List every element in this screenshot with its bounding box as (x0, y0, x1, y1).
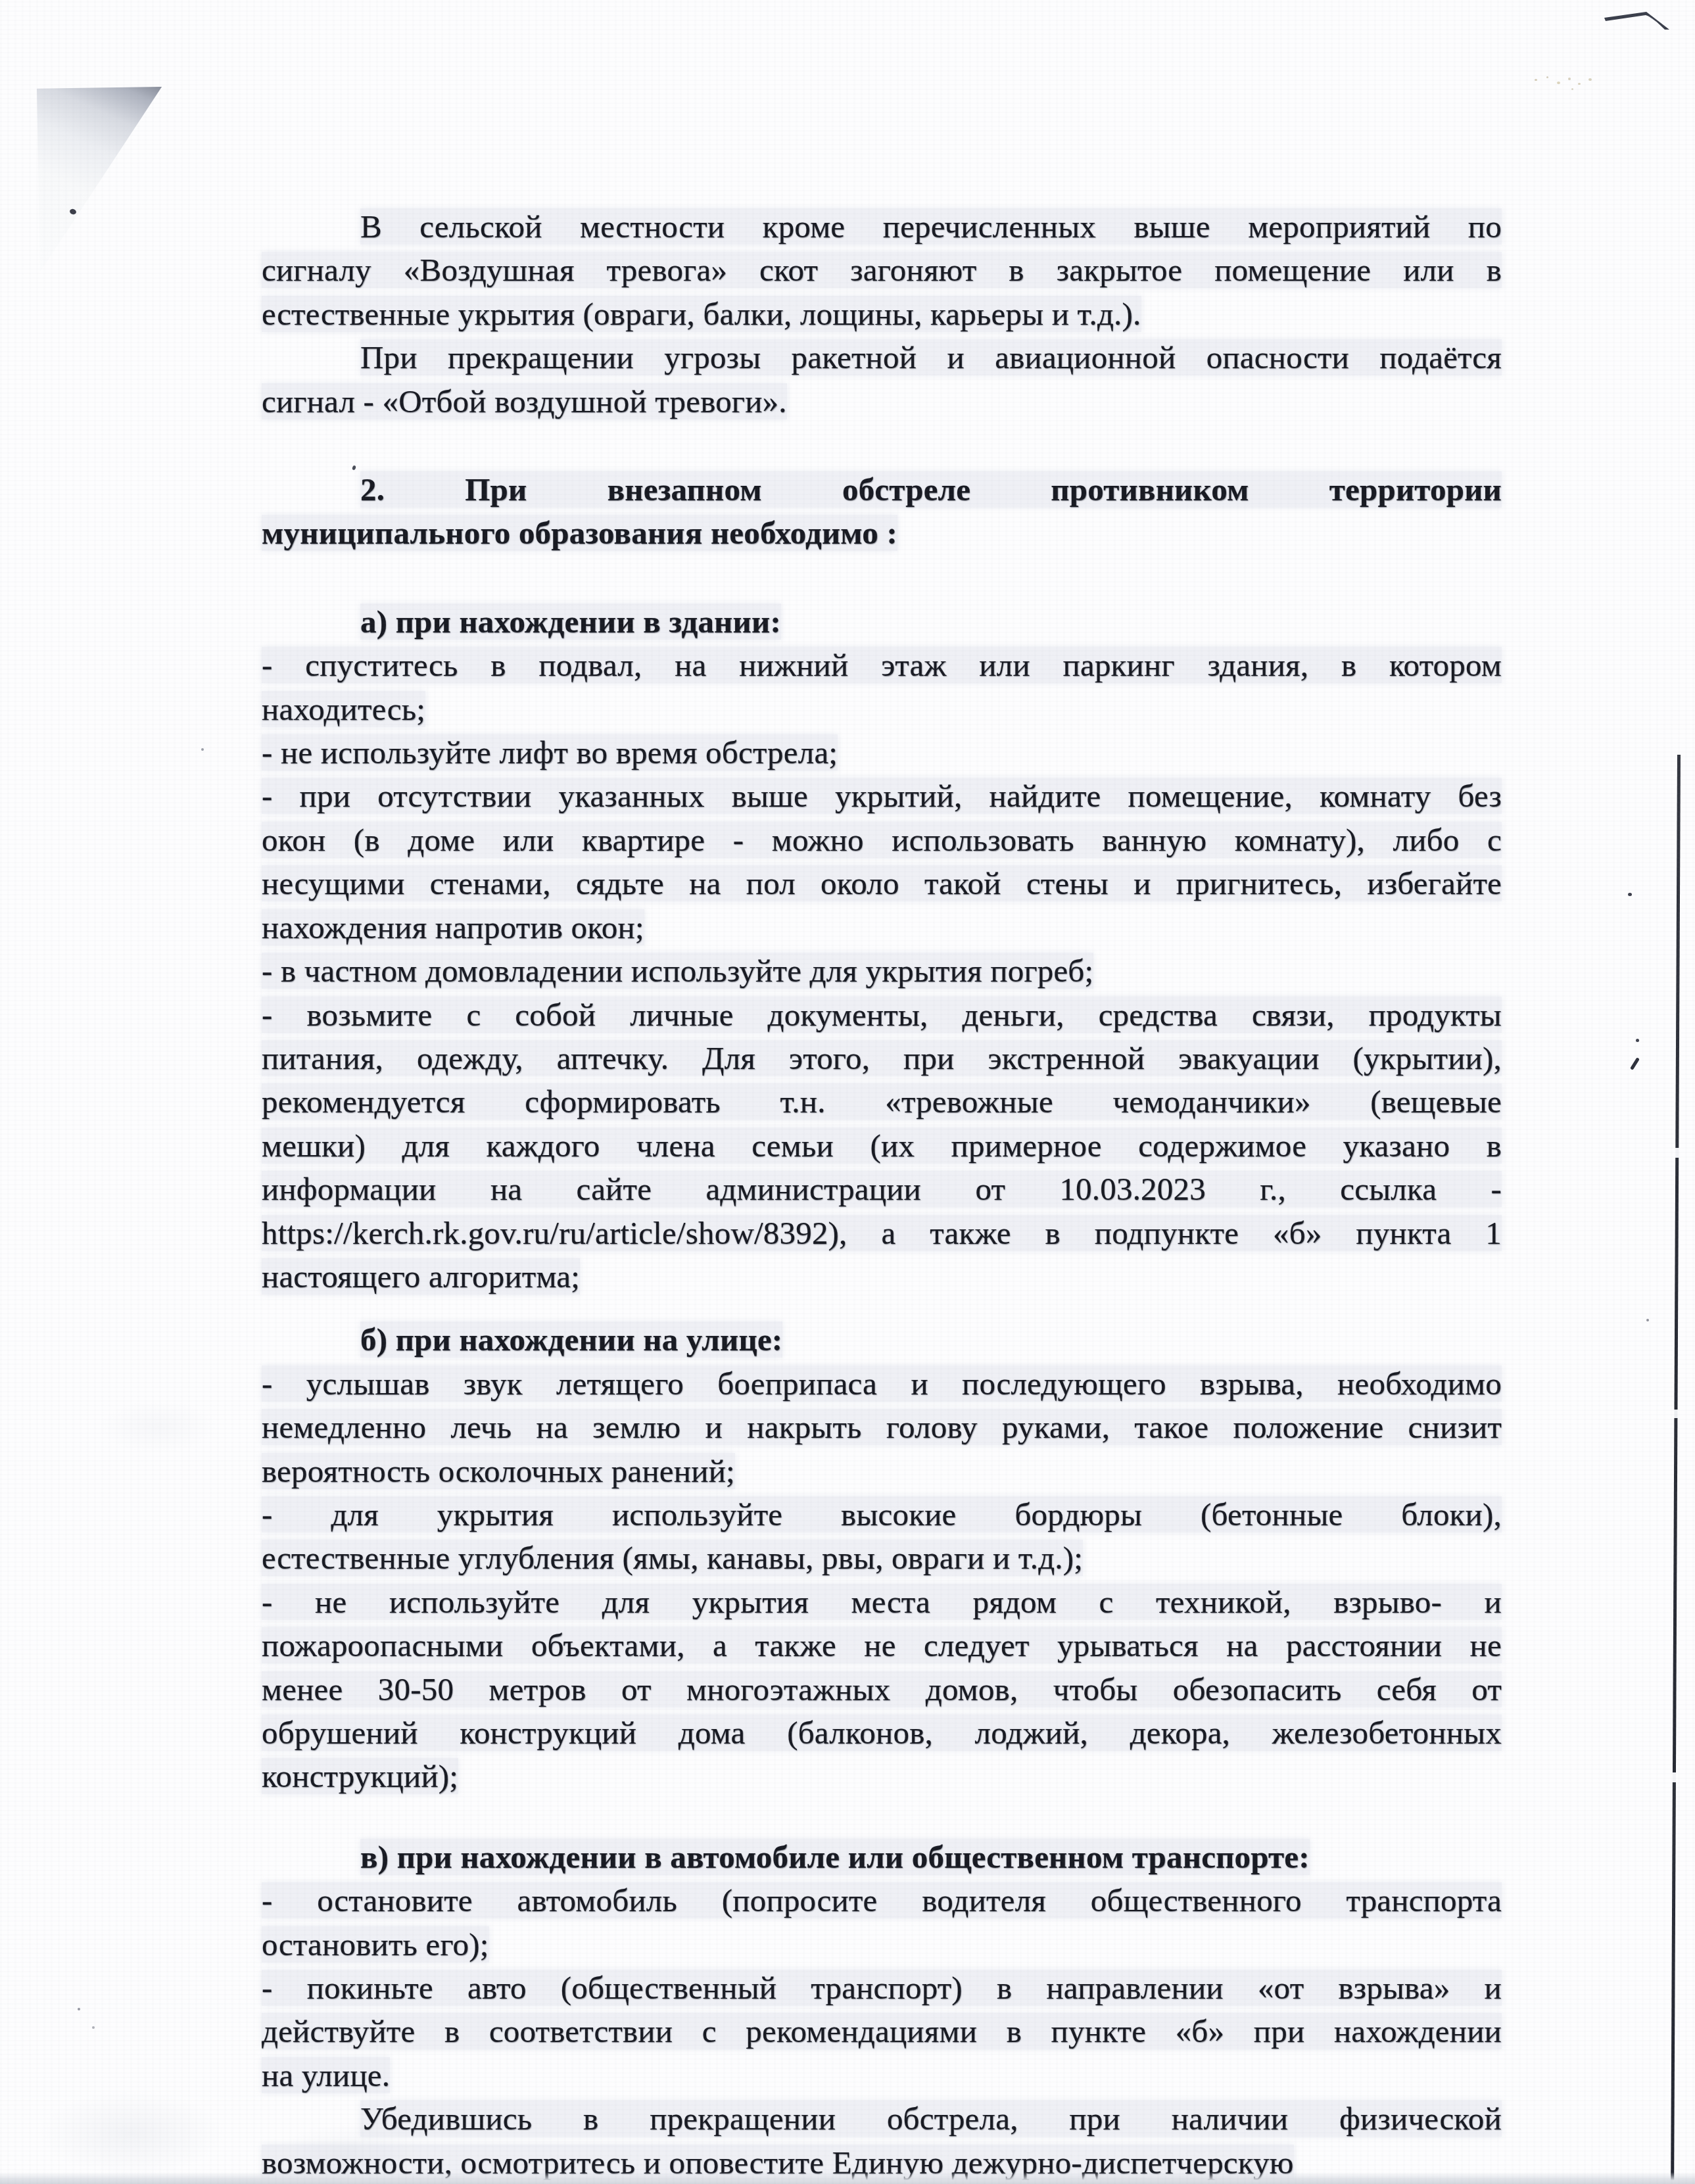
text-line-content: окон (в доме или квартире - можно исполь… (262, 822, 1502, 858)
text-line-content: мешки) для каждого члена семьи (их приме… (262, 1128, 1502, 1164)
right-edge-scan-line (1671, 755, 1681, 2184)
text-line: - в частном домовладении используйте для… (262, 949, 1502, 993)
text-line: - покиньте авто (общественный транспорт)… (262, 1966, 1502, 2010)
text-line-content: 2. При внезапном обстреле противником те… (360, 471, 1502, 508)
list-item: - услышав звук летящего боеприпаса и пос… (262, 1362, 1502, 1493)
text-line: Убедившись в прекращении обстрела, при н… (262, 2097, 1502, 2141)
folded-corner-artifact (37, 87, 163, 272)
text-line-content: https://kerch.rk.gov.ru/ru/article/show/… (262, 1215, 1502, 1251)
text-line-content: в) при нахождении в автомобиле или общес… (360, 1839, 1310, 1875)
text-line: - при отсутствии указанных выше укрытий,… (262, 774, 1502, 818)
text-line-content: естественные углубления (ямы, канавы, рв… (262, 1540, 1083, 1576)
text-line-content: муниципального образования необходимо : (262, 515, 897, 551)
text-line: конструкций); (262, 1755, 1502, 1798)
text-line: В сельской местности кроме перечисленных… (262, 205, 1502, 249)
scanned-document-page: В сельской местности кроме перечисленных… (0, 0, 1695, 2184)
text-line-content: естественные укрытия (овраги, балки, лощ… (262, 296, 1141, 332)
text-line: находитесь; (262, 688, 1502, 731)
text-line-content: При прекращении угрозы ракетной и авиаци… (360, 339, 1502, 375)
scan-flick-mark (1604, 8, 1677, 36)
text-line: действуйте в соответствии с рекомендация… (262, 2010, 1502, 2053)
text-line: на улице. (262, 2054, 1502, 2097)
list-item: - в частном домовладении используйте для… (262, 949, 1502, 993)
text-line: - не используйте для укрытия места рядом… (262, 1580, 1502, 1624)
bottom-scan-edge (0, 2172, 1695, 2184)
text-line: - возьмите с собой личные документы, ден… (262, 993, 1502, 1037)
list-item: - не используйте лифт во время обстрела; (262, 731, 1502, 774)
paragraph: В сельской местности кроме перечисленных… (262, 205, 1502, 336)
text-line: нахождения напротив окон; (262, 906, 1502, 949)
paragraph: Убедившись в прекращении обстрела, при н… (262, 2097, 1502, 2184)
text-line-content: - услышав звук летящего боеприпаса и пос… (262, 1365, 1502, 1402)
flick-stroke (1604, 12, 1669, 30)
text-line-content: действуйте в соответствии с рекомендация… (262, 2013, 1502, 2049)
text-line-content: нахождения напротив окон; (262, 909, 644, 945)
text-line: обрушений конструкций дома (балконов, ло… (262, 1711, 1502, 1755)
text-line: менее 30-50 метров от многоэтажных домов… (262, 1668, 1502, 1711)
scan-speck (1636, 1039, 1639, 1042)
text-line-content: - для укрытия используйте высокие бордюр… (262, 1496, 1502, 1532)
text-line-content: питания, одежду, аптечку. Для этого, при… (262, 1040, 1502, 1076)
section-heading: б) при нахождении на улице: (262, 1318, 1502, 1362)
text-line: - спуститесь в подвал, на нижний этаж ил… (262, 644, 1502, 687)
text-line: б) при нахождении на улице: (262, 1318, 1502, 1362)
text-line: вероятность осколочных ранений; (262, 1450, 1502, 1493)
text-line-content: б) при нахождении на улице: (360, 1321, 782, 1358)
text-line: - для укрытия используйте высокие бордюр… (262, 1493, 1502, 1536)
text-line: - не используйте лифт во время обстрела; (262, 731, 1502, 774)
list-item: - при отсутствии указанных выше укрытий,… (262, 774, 1502, 949)
text-line-content: - при отсутствии указанных выше укрытий,… (262, 778, 1502, 814)
text-line: информации на сайте администрации от 10.… (262, 1168, 1502, 1211)
text-line: - услышав звук летящего боеприпаса и пос… (262, 1362, 1502, 1406)
text-line: пожароопасными объектами, а также не сле… (262, 1624, 1502, 1667)
text-line-content: - возьмите с собой личные документы, ден… (262, 997, 1502, 1033)
list-item: - не используйте для укрытия места рядом… (262, 1580, 1502, 1799)
text-line: естественные укрытия (овраги, балки, лощ… (262, 293, 1502, 336)
text-line-content: - в частном домовладении используйте для… (262, 953, 1093, 989)
section-heading: а) при нахождении в здании: (262, 600, 1502, 644)
text-line-content: немедленно лечь на землю и накрыть голов… (262, 1409, 1502, 1445)
text-line-content: находитесь; (262, 691, 425, 727)
scan-speck (1646, 1319, 1649, 1321)
text-line: а) при нахождении в здании: (262, 600, 1502, 644)
text-line: немедленно лечь на землю и накрыть голов… (262, 1406, 1502, 1449)
text-column: В сельской местности кроме перечисленных… (262, 205, 1502, 2184)
section-heading: в) при нахождении в автомобиле или общес… (262, 1836, 1502, 1879)
scan-speck (1628, 893, 1632, 896)
tan-speckle-cluster (1532, 72, 1598, 95)
text-line: сигналу «Воздушная тревога» скот загоняю… (262, 249, 1502, 292)
text-line: питания, одежду, аптечку. Для этого, при… (262, 1037, 1502, 1080)
text-line: остановить его); (262, 1923, 1502, 1966)
section-heading: 2. При внезапном обстреле противником те… (262, 468, 1502, 556)
scan-speck (78, 2008, 80, 2010)
text-line-content: на улице. (262, 2057, 390, 2093)
text-line-content: менее 30-50 метров от многоэтажных домов… (262, 1671, 1502, 1707)
text-line-content: а) при нахождении в здании: (360, 604, 781, 640)
paper-blotch (39, 2091, 224, 2176)
text-line-content: несущими стенами, сядьте на пол около та… (262, 865, 1502, 901)
text-line-content: сигнал - «Отбой воздушной тревоги». (262, 383, 787, 419)
text-line: окон (в доме или квартире - можно исполь… (262, 819, 1502, 862)
text-line-content: - спуститесь в подвал, на нижний этаж ил… (262, 647, 1502, 683)
scan-speck (92, 2026, 95, 2029)
text-line: сигнал - «Отбой воздушной тревоги». (262, 380, 1502, 423)
text-line-content: информации на сайте администрации от 10.… (262, 1171, 1502, 1207)
text-line-content: - не используйте лифт во время обстрела; (262, 734, 838, 771)
text-line: - остановите автомобиль (попросите водит… (262, 1879, 1502, 1922)
list-item: - для укрытия используйте высокие бордюр… (262, 1493, 1502, 1580)
scan-speck (201, 748, 204, 751)
text-line: настоящего алгоритма; (262, 1255, 1502, 1298)
text-line-content: Убедившись в прекращении обстрела, при н… (360, 2101, 1502, 2137)
text-line: муниципального образования необходимо : (262, 511, 1502, 555)
text-line-content: В сельской местности кроме перечисленных… (360, 208, 1502, 245)
list-item: - спуститесь в подвал, на нижний этаж ил… (262, 644, 1502, 731)
list-item: - возьмите с собой личные документы, ден… (262, 993, 1502, 1299)
text-line-content: конструкций); (262, 1758, 458, 1794)
text-line: естественные углубления (ямы, канавы, рв… (262, 1536, 1502, 1580)
text-line-content: настоящего алгоритма; (262, 1258, 580, 1294)
text-line: рекомендуется сформировать т.н. «тревожн… (262, 1080, 1502, 1124)
text-line-content: сигналу «Воздушная тревога» скот загоняю… (262, 252, 1502, 288)
text-line: https://kerch.rk.gov.ru/ru/article/show/… (262, 1212, 1502, 1255)
list-item: - остановите автомобиль (попросите водит… (262, 1879, 1502, 1966)
text-line-content: остановить его); (262, 1926, 489, 1962)
text-line-content: пожароопасными объектами, а также не сле… (262, 1627, 1502, 1663)
text-line-content: - покиньте авто (общественный транспорт)… (262, 1970, 1502, 2006)
text-line: в) при нахождении в автомобиле или общес… (262, 1836, 1502, 1879)
scan-speck (1630, 1057, 1640, 1070)
text-line-content: - не используйте для укрытия места рядом… (262, 1584, 1502, 1620)
text-line: мешки) для каждого члена семьи (их приме… (262, 1124, 1502, 1168)
paper-blotch (99, 1400, 217, 1453)
text-line: При прекращении угрозы ракетной и авиаци… (262, 336, 1502, 379)
text-line-content: вероятность осколочных ранений; (262, 1453, 735, 1489)
text-line: несущими стенами, сядьте на пол около та… (262, 862, 1502, 905)
text-line-content: рекомендуется сформировать т.н. «тревожн… (262, 1083, 1502, 1120)
text-line-content: - остановите автомобиль (попросите водит… (262, 1882, 1502, 1918)
text-line-content: обрушений конструкций дома (балконов, ло… (262, 1715, 1502, 1751)
text-line: 2. При внезапном обстреле противником те… (262, 468, 1502, 511)
paragraph: При прекращении угрозы ракетной и авиаци… (262, 336, 1502, 423)
list-item: - покиньте авто (общественный транспорт)… (262, 1966, 1502, 2097)
